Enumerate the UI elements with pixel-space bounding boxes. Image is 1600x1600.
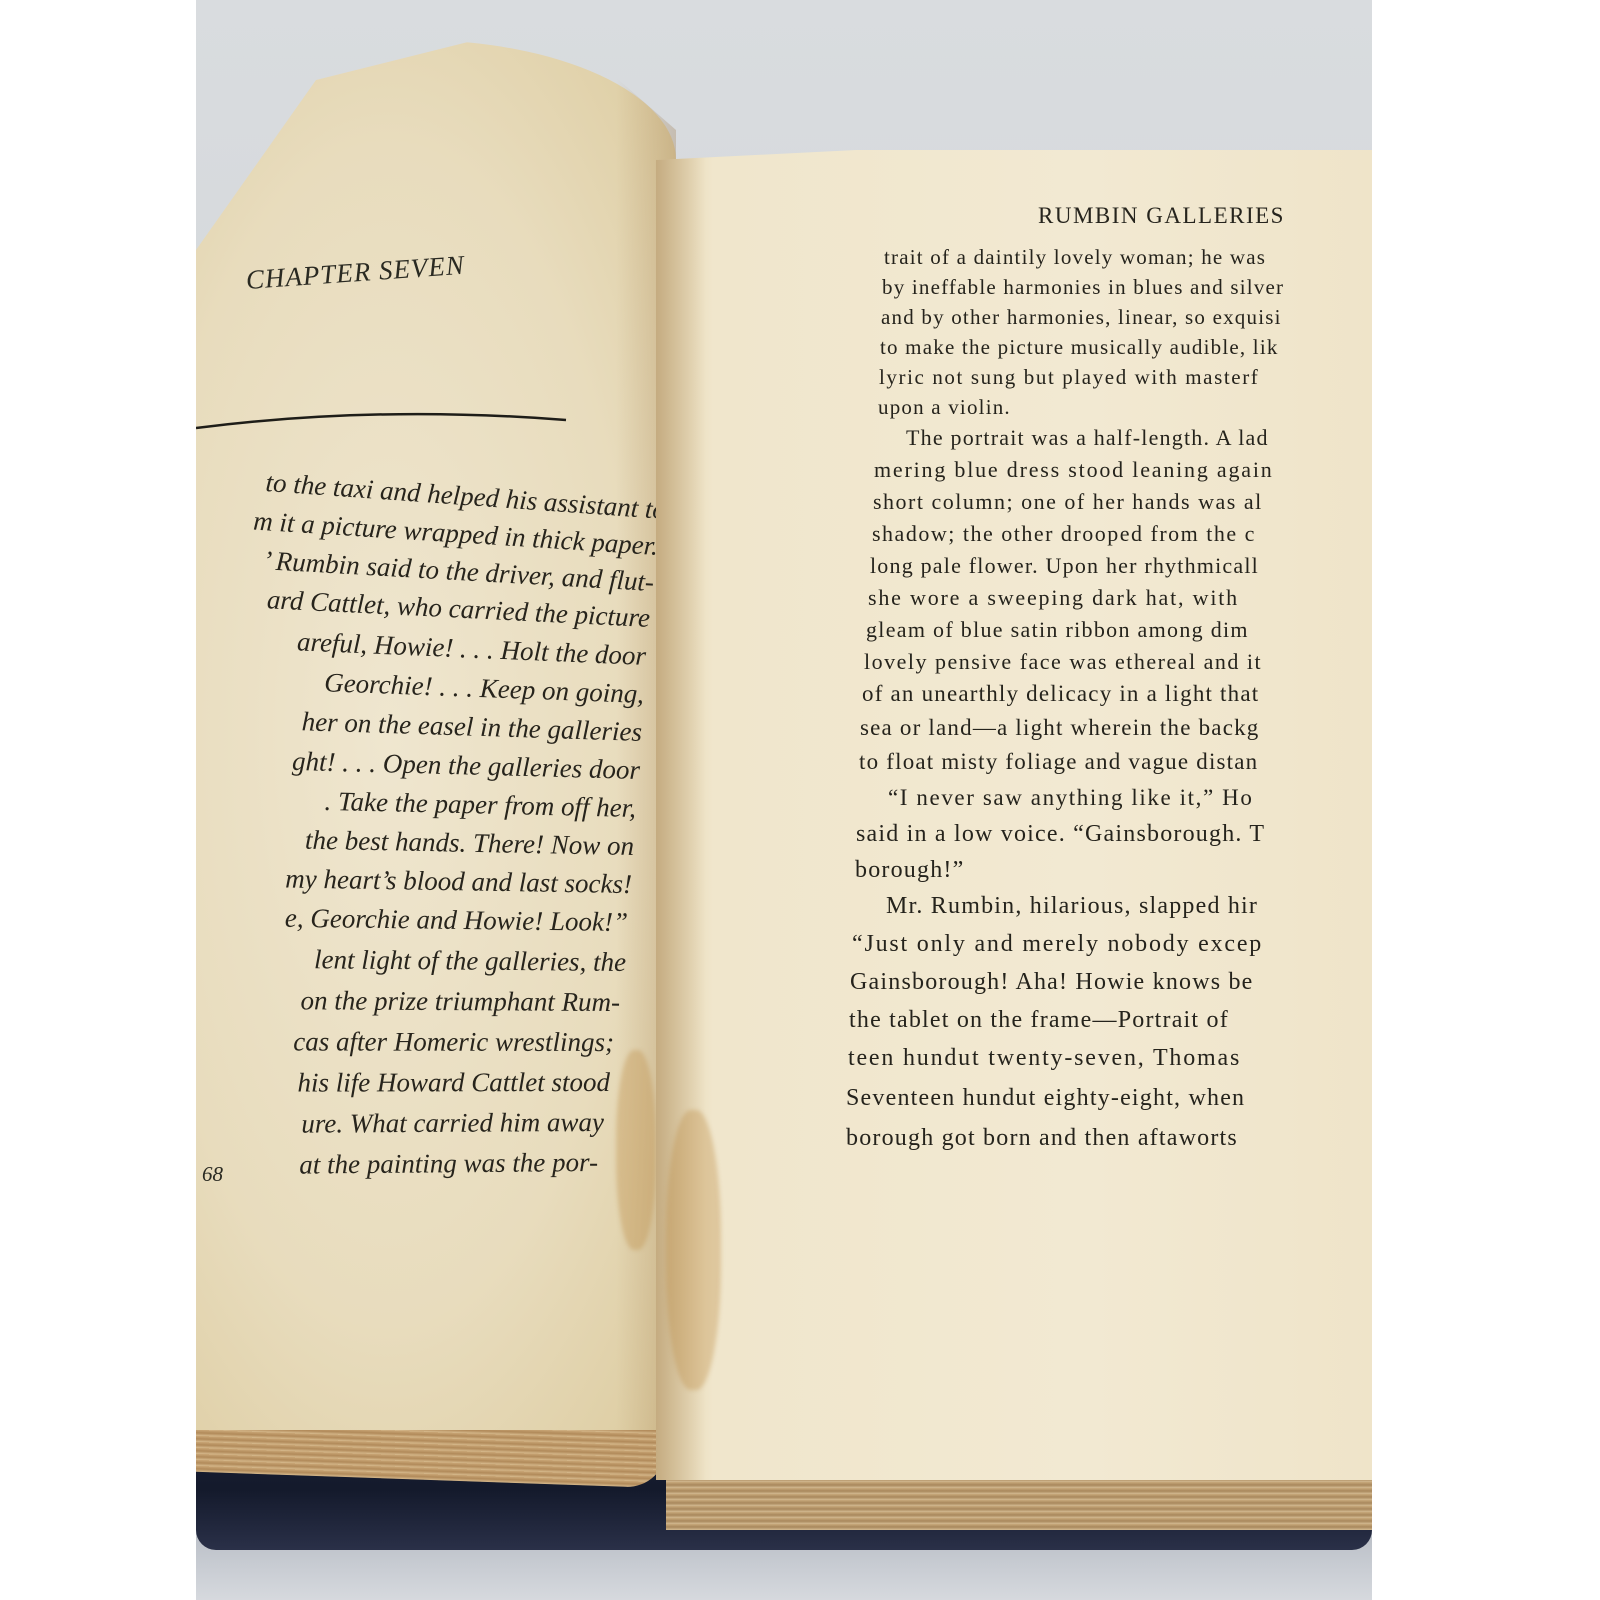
text-line: ght! . . . Open the galleries door bbox=[196, 743, 640, 786]
text-line: said in a low voice. “Gainsborough. T bbox=[856, 821, 1265, 848]
left-page: CHAPTER SEVEN to the taxi and helped his… bbox=[196, 40, 676, 1430]
chapter-title: CHAPTER SEVEN bbox=[245, 250, 466, 296]
text-line: trait of a daintily lovely woman; he was bbox=[884, 245, 1266, 270]
text-line: The portrait was a half-length. A lad bbox=[906, 425, 1269, 451]
text-line: long pale flower. Upon her rhythmicall bbox=[870, 553, 1259, 579]
text-line: her on the easel in the galleries bbox=[196, 703, 642, 748]
text-line: of an unearthly delicacy in a light that bbox=[862, 681, 1259, 707]
text-line: borough got born and then aftaworts bbox=[846, 1125, 1238, 1152]
book-photo: CHAPTER SEVEN to the taxi and helped his… bbox=[196, 0, 1372, 1600]
water-stain bbox=[616, 1050, 656, 1250]
text-line: his life Howard Cattlet stood bbox=[196, 1067, 610, 1099]
text-line: Seventeen hundut eighty-eight, when bbox=[846, 1085, 1245, 1112]
chapter-rule bbox=[196, 400, 576, 430]
text-line: e, Georchie and Howie! Look!” bbox=[196, 902, 628, 938]
text-line: Mr. Rumbin, hilarious, slapped hir bbox=[886, 893, 1258, 920]
water-stain bbox=[666, 1110, 721, 1390]
text-line: sea or land—a light wherein the backg bbox=[860, 715, 1260, 741]
page-number: 68 bbox=[202, 1162, 223, 1187]
text-line: upon a violin. bbox=[878, 395, 1011, 420]
text-line: “I never saw anything like it,” Ho bbox=[888, 785, 1253, 811]
text-line: gleam of blue satin ribbon among dim bbox=[866, 617, 1249, 643]
text-line: the tablet on the frame—Portrait of bbox=[849, 1007, 1229, 1034]
text-line: by ineffable harmonies in blues and silv… bbox=[882, 275, 1284, 300]
text-line: lyric not sung but played with masterf bbox=[879, 365, 1259, 390]
text-line: the best hands. There! Now on bbox=[196, 822, 634, 862]
text-line: to float misty foliage and vague distan bbox=[859, 749, 1258, 775]
text-line: Gainsborough! Aha! Howie knows be bbox=[850, 969, 1254, 996]
text-line: short column; one of her hands was al bbox=[873, 489, 1263, 515]
text-line: at the painting was the por- bbox=[196, 1147, 598, 1182]
text-line: lent light of the galleries, the bbox=[196, 943, 626, 978]
text-line: teen hundut twenty-seven, Thomas bbox=[848, 1045, 1241, 1072]
text-line: she wore a sweeping dark hat, with bbox=[868, 585, 1239, 611]
text-line: my heart’s blood and last socks! bbox=[196, 862, 632, 900]
text-line: . Take the paper from off her, bbox=[196, 783, 636, 824]
text-line: cas after Homeric wrestlings; bbox=[196, 1026, 614, 1058]
running-head: RUMBIN GALLERIES bbox=[1038, 203, 1285, 229]
text-line: borough!” bbox=[855, 857, 964, 884]
text-line: mering blue dress stood leaning again bbox=[874, 457, 1274, 483]
text-line: lovely pensive face was ethereal and it bbox=[864, 649, 1262, 675]
text-line: Georchie! . . . Keep on going, bbox=[196, 663, 645, 710]
text-line: on the prize triumphant Rum- bbox=[196, 985, 620, 1018]
text-line: and by other harmonies, linear, so exqui… bbox=[881, 305, 1282, 330]
text-line: shadow; the other drooped from the c bbox=[872, 521, 1256, 547]
text-line: to make the picture musically audible, l… bbox=[880, 335, 1279, 360]
text-line: “Just only and merely nobody excep bbox=[852, 931, 1263, 958]
text-line: ure. What carried him away bbox=[196, 1107, 604, 1140]
